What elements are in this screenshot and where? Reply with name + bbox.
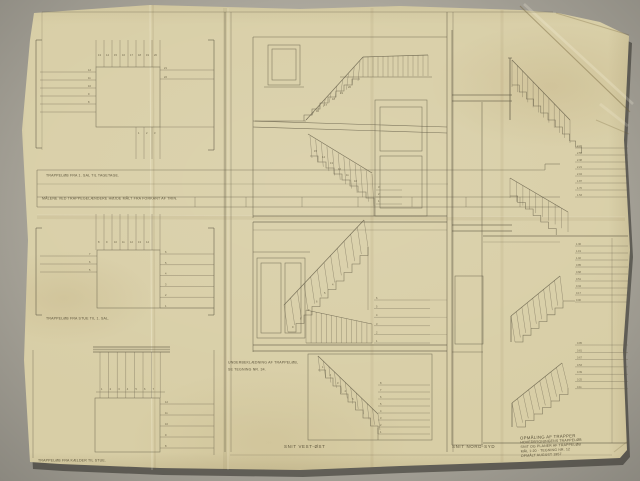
svg-text:6: 6 xyxy=(144,387,146,391)
svg-text:9: 9 xyxy=(106,240,108,244)
svg-text:10: 10 xyxy=(165,422,168,426)
svg-text:1.70: 1.70 xyxy=(577,187,582,190)
svg-text:18: 18 xyxy=(138,53,141,57)
svg-text:4: 4 xyxy=(376,313,378,317)
svg-text:2.21: 2.21 xyxy=(577,166,582,169)
svg-text:13: 13 xyxy=(138,240,141,244)
svg-text:1: 1 xyxy=(138,131,140,135)
svg-text:3: 3 xyxy=(154,131,156,135)
svg-text:8: 8 xyxy=(165,444,167,448)
svg-text:22: 22 xyxy=(164,75,167,79)
svg-text:1.36: 1.36 xyxy=(576,243,581,246)
svg-text:9: 9 xyxy=(88,92,90,96)
svg-text:0.53: 0.53 xyxy=(577,364,582,367)
svg-text:5: 5 xyxy=(135,387,137,391)
section-center-basement: 1234587654321 xyxy=(308,354,432,440)
svg-text:8: 8 xyxy=(88,100,90,104)
svg-text:19: 19 xyxy=(146,53,149,57)
svg-text:2.55: 2.55 xyxy=(577,152,582,155)
svg-text:6: 6 xyxy=(380,395,382,399)
svg-text:8: 8 xyxy=(380,381,382,385)
scan-background: { "page": { "background_color": "#a9a59a… xyxy=(0,0,640,481)
svg-text:3: 3 xyxy=(376,322,378,326)
svg-text:3: 3 xyxy=(118,387,120,391)
svg-text:17: 17 xyxy=(130,53,133,57)
svg-text:16: 16 xyxy=(316,109,319,113)
section-right: 2.722.552.382.212.041.871.701.531.361.19… xyxy=(452,30,628,445)
svg-text:13: 13 xyxy=(98,53,101,57)
svg-text:0.95: 0.95 xyxy=(577,342,582,345)
svg-text:11: 11 xyxy=(88,76,91,80)
label-band-note: MÅLENE VED TRAPPEGELÆNDERE HØJDE MÅLT FR… xyxy=(42,197,177,201)
svg-text:13: 13 xyxy=(330,161,333,165)
svg-text:2: 2 xyxy=(146,131,148,135)
svg-text:10: 10 xyxy=(354,179,357,183)
svg-text:5: 5 xyxy=(324,291,326,295)
label-flight-bottom: TRAPPELØB FRA KÆLDER TIL STUE. xyxy=(38,459,106,463)
svg-text:7: 7 xyxy=(89,252,91,256)
svg-text:14: 14 xyxy=(146,240,149,244)
svg-text:21: 21 xyxy=(164,66,167,70)
svg-text:1.53: 1.53 xyxy=(577,194,582,197)
caption-west-east: SNIT VEST-ØST xyxy=(284,444,326,449)
svg-text:4: 4 xyxy=(127,387,129,391)
caption-north-south: SNIT NORD-SYD xyxy=(452,444,495,449)
svg-text:1: 1 xyxy=(378,199,380,203)
svg-text:12: 12 xyxy=(338,167,341,171)
svg-text:1: 1 xyxy=(165,304,167,308)
label-flight-mid: TRAPPELØB FRA STUE TIL 1. SAL. xyxy=(46,317,109,321)
svg-text:3: 3 xyxy=(165,282,167,286)
svg-text:0.00: 0.00 xyxy=(576,299,581,302)
svg-text:7: 7 xyxy=(308,308,310,312)
plan-mid-left: 891011121314765654321 xyxy=(36,214,214,315)
svg-text:0.17: 0.17 xyxy=(576,292,581,295)
svg-text:15: 15 xyxy=(114,53,117,57)
svg-text:2: 2 xyxy=(165,293,167,297)
svg-text:12: 12 xyxy=(165,400,168,404)
svg-text:2.72: 2.72 xyxy=(577,145,582,148)
svg-text:2: 2 xyxy=(376,330,378,334)
svg-text:9: 9 xyxy=(292,325,294,329)
drawing-svg: 1314151617181920121110982122123891011121… xyxy=(0,0,640,481)
svg-text:5: 5 xyxy=(165,261,167,265)
svg-text:16: 16 xyxy=(122,53,125,57)
svg-text:10: 10 xyxy=(88,84,91,88)
svg-text:9: 9 xyxy=(165,433,167,437)
section-center-top: 2019181716151413121110321 xyxy=(253,37,447,222)
svg-text:5: 5 xyxy=(89,268,91,272)
svg-text:1: 1 xyxy=(101,387,103,391)
svg-text:1: 1 xyxy=(322,365,324,369)
plan-top-left: 1314151617181920121110982122123 xyxy=(36,40,214,159)
scanned-drawing: 1314151617181920121110982122123891011121… xyxy=(0,0,640,481)
svg-text:12: 12 xyxy=(130,240,133,244)
label-center-note-2: SE TEGNING NR. 34. xyxy=(228,368,266,372)
svg-text:2: 2 xyxy=(380,423,382,427)
svg-text:0.85: 0.85 xyxy=(576,264,581,267)
svg-text:5: 5 xyxy=(380,402,382,406)
paper-creases xyxy=(37,4,633,470)
svg-text:1.02: 1.02 xyxy=(576,257,581,260)
svg-text:4: 4 xyxy=(380,409,382,413)
plan-bottom-left: 123456712111098 xyxy=(33,347,214,458)
svg-text:6: 6 xyxy=(376,296,378,300)
svg-text:6: 6 xyxy=(316,300,318,304)
svg-text:11: 11 xyxy=(122,240,125,244)
svg-text:8: 8 xyxy=(98,240,100,244)
svg-text:11: 11 xyxy=(346,173,349,177)
svg-text:14: 14 xyxy=(106,53,109,57)
svg-text:6: 6 xyxy=(165,250,167,254)
svg-text:5: 5 xyxy=(376,305,378,309)
section-center-lower: 987654654321 xyxy=(253,220,447,352)
svg-text:4: 4 xyxy=(332,283,334,287)
svg-text:2.38: 2.38 xyxy=(577,159,582,162)
svg-text:2: 2 xyxy=(110,387,112,391)
svg-text:5: 5 xyxy=(352,397,354,401)
title-block: OPMÅLING AF TRAPPER HOVEDBYGNINGENS TRAP… xyxy=(520,431,626,458)
svg-text:1.87: 1.87 xyxy=(577,180,582,183)
svg-text:1: 1 xyxy=(376,339,378,343)
svg-text:1.19: 1.19 xyxy=(576,250,581,253)
svg-text:2: 2 xyxy=(330,373,332,377)
svg-text:2: 2 xyxy=(378,192,380,196)
svg-text:8: 8 xyxy=(300,317,302,321)
svg-text:0.68: 0.68 xyxy=(576,271,581,274)
svg-text:7: 7 xyxy=(380,388,382,392)
svg-text:2.04: 2.04 xyxy=(577,173,582,176)
svg-text:0.25: 0.25 xyxy=(577,379,582,382)
svg-text:0.39: 0.39 xyxy=(577,371,582,374)
label-center-note-1: UNDERBEKLÆDNING AF TRAPPELØB, xyxy=(228,361,298,365)
svg-text:0.34: 0.34 xyxy=(576,285,581,288)
svg-text:1: 1 xyxy=(380,430,382,434)
svg-text:0.67: 0.67 xyxy=(577,357,582,360)
svg-text:3: 3 xyxy=(378,185,380,189)
svg-text:20: 20 xyxy=(154,53,157,57)
svg-text:14: 14 xyxy=(322,155,325,159)
svg-text:3: 3 xyxy=(380,416,382,420)
label-flight-top: TRAPPELØB FRA 1. SAL TIL TAGETAGE. xyxy=(46,174,119,178)
svg-text:0.11: 0.11 xyxy=(577,386,582,389)
svg-text:0.51: 0.51 xyxy=(576,278,581,281)
svg-text:11: 11 xyxy=(165,411,168,415)
svg-text:20: 20 xyxy=(348,85,351,89)
svg-text:4: 4 xyxy=(165,272,167,276)
svg-text:3: 3 xyxy=(337,381,339,385)
note-band xyxy=(37,164,560,207)
svg-text:10: 10 xyxy=(114,240,117,244)
svg-text:0.81: 0.81 xyxy=(577,349,582,352)
svg-text:17: 17 xyxy=(324,103,327,107)
svg-text:6: 6 xyxy=(89,260,91,264)
svg-text:19: 19 xyxy=(340,91,343,95)
svg-text:12: 12 xyxy=(88,68,91,72)
